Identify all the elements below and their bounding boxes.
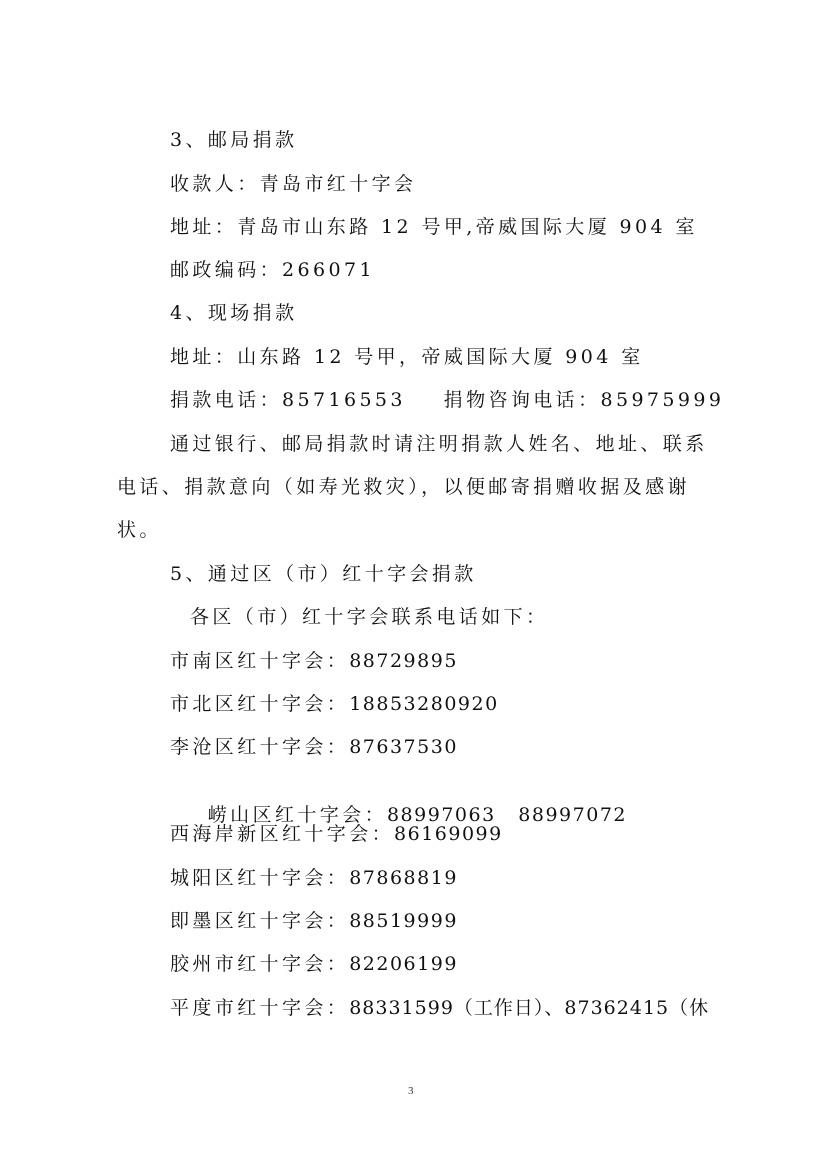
section-heading-on-site: 4、现场捐款 [170,301,298,325]
contact-name: 市南区红十字会： [170,650,349,672]
contact-row: 胶州市红十字会：82206199 [170,952,458,976]
contact-name: 即墨区红十字会： [170,910,349,932]
contact-phone: 87868819 [349,867,458,889]
contact-row: 市南区红十字会：88729895 [170,649,458,673]
contact-phone: 88729895 [349,650,458,672]
contact-phone: 86169099 [394,823,503,845]
contact-name: 城阳区红十字会： [170,867,349,889]
contact-name: 胶州市红十字会： [170,953,349,975]
page-number: 3 [408,1085,414,1097]
section-heading-district: 5、通过区（市）红十字会捐款 [170,562,477,586]
note-line-1: 通过银行、邮局捐款时请注明捐款人姓名、地址、联系 [170,432,708,456]
district-intro-line: 各区（市）红十字会联系电话如下： [190,605,548,629]
contact-phone: 88331599（工作日）、87362415（休 [349,997,709,1019]
contact-row: 市北区红十字会：18853280920 [170,692,499,716]
note-line-3: 状。 [117,518,162,542]
contact-row: 李沧区红十字会：87637530 [170,735,458,759]
contact-phone: 88519999 [349,910,458,932]
contact-row: 西海岸新区红十字会：86169099 [170,822,503,846]
on-site-address-line: 地址：山东路 12 号甲，帝威国际大厦 904 室 [170,345,644,369]
contact-name: 西海岸新区红十字会： [170,823,394,845]
contact-phone: 82206199 [349,953,458,975]
on-site-phones-line: 捐款电话：85716553 捐物咨询电话：85975999 [170,388,724,412]
contact-name: 李沧区红十字会： [170,736,349,758]
payee-line: 收款人：青岛市红十字会 [170,172,416,196]
section-heading-post-office: 3、邮局捐款 [170,128,298,152]
contact-phone: 18853280920 [349,693,498,715]
contact-name: 市北区红十字会： [170,693,349,715]
note-line-2: 电话、捐款意向（如寿光救灾），以便邮寄捐赠收据及感谢 [117,475,690,499]
contact-phone: 87637530 [349,736,458,758]
contact-name: 平度市红十字会： [170,997,349,1019]
post-office-address-line: 地址：青岛市山东路 12 号甲,帝威国际大厦 904 室 [170,215,698,239]
contact-row: 即墨区红十字会：88519999 [170,909,458,933]
contact-row: 平度市红十字会：88331599（工作日）、87362415（休 [170,996,709,1020]
postcode-line: 邮政编码：266071 [170,258,375,282]
document-page: 3、邮局捐款 收款人：青岛市红十字会 地址：青岛市山东路 12 号甲,帝威国际大… [0,0,828,1170]
contact-row: 城阳区红十字会：87868819 [170,866,458,890]
